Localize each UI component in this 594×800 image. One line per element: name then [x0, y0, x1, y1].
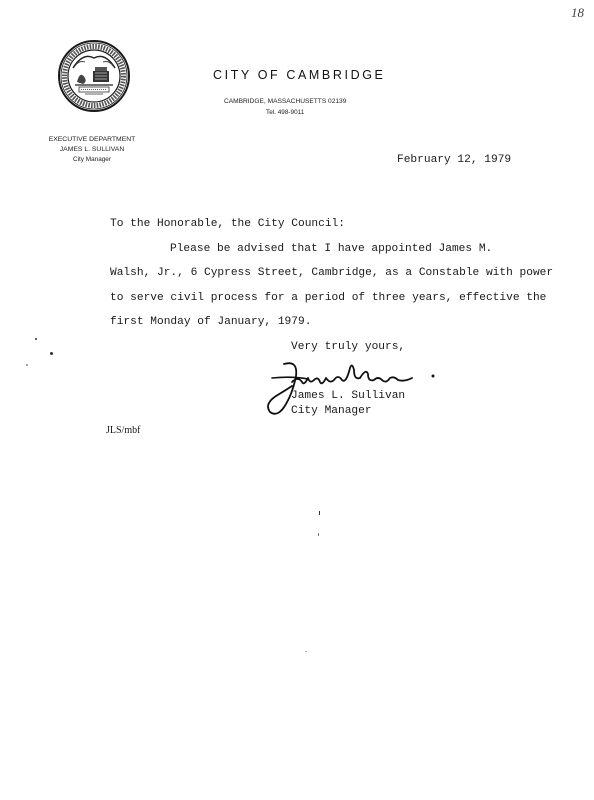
page-number-mark: 18: [571, 5, 584, 21]
letter-body-line: first Monday of January, 1979.: [110, 316, 311, 328]
letter-body-line: Walsh, Jr., 6 Cypress Street, Cambridge,…: [110, 267, 553, 279]
letter-closing: Very truly yours,: [291, 341, 405, 353]
city-seal-icon: [57, 38, 131, 114]
manager-name: JAMES L. SULLIVAN: [40, 145, 144, 155]
executive-department-block: EXECUTIVE DEPARTMENT JAMES L. SULLIVAN C…: [40, 135, 144, 165]
scan-speck: [305, 651, 307, 652]
scan-speck: [26, 364, 28, 366]
letter-date: February 12, 1979: [397, 154, 511, 166]
signer-name: James L. Sullivan: [291, 390, 405, 402]
letter-body-line: to serve civil process for a period of t…: [110, 292, 546, 304]
manager-title: City Manager: [40, 155, 144, 165]
scan-speck: [319, 511, 320, 515]
department-name: EXECUTIVE DEPARTMENT: [40, 135, 144, 145]
reference-initials: JLS/mbf: [106, 425, 140, 436]
scan-speck: [50, 352, 53, 355]
letterhead-title: CITY OF CAMBRIDGE: [213, 68, 385, 82]
signer-title: City Manager: [291, 405, 372, 417]
letterhead-address: CAMBRIDGE, MASSACHUSETTS 02139: [224, 98, 346, 105]
letterhead-telephone: Tel. 498-9011: [266, 109, 304, 116]
scan-speck: [35, 338, 37, 340]
scan-speck: [318, 533, 319, 536]
letter-body-line: Please be advised that I have appointed …: [170, 243, 492, 255]
letter-salutation: To the Honorable, the City Council:: [110, 218, 345, 230]
